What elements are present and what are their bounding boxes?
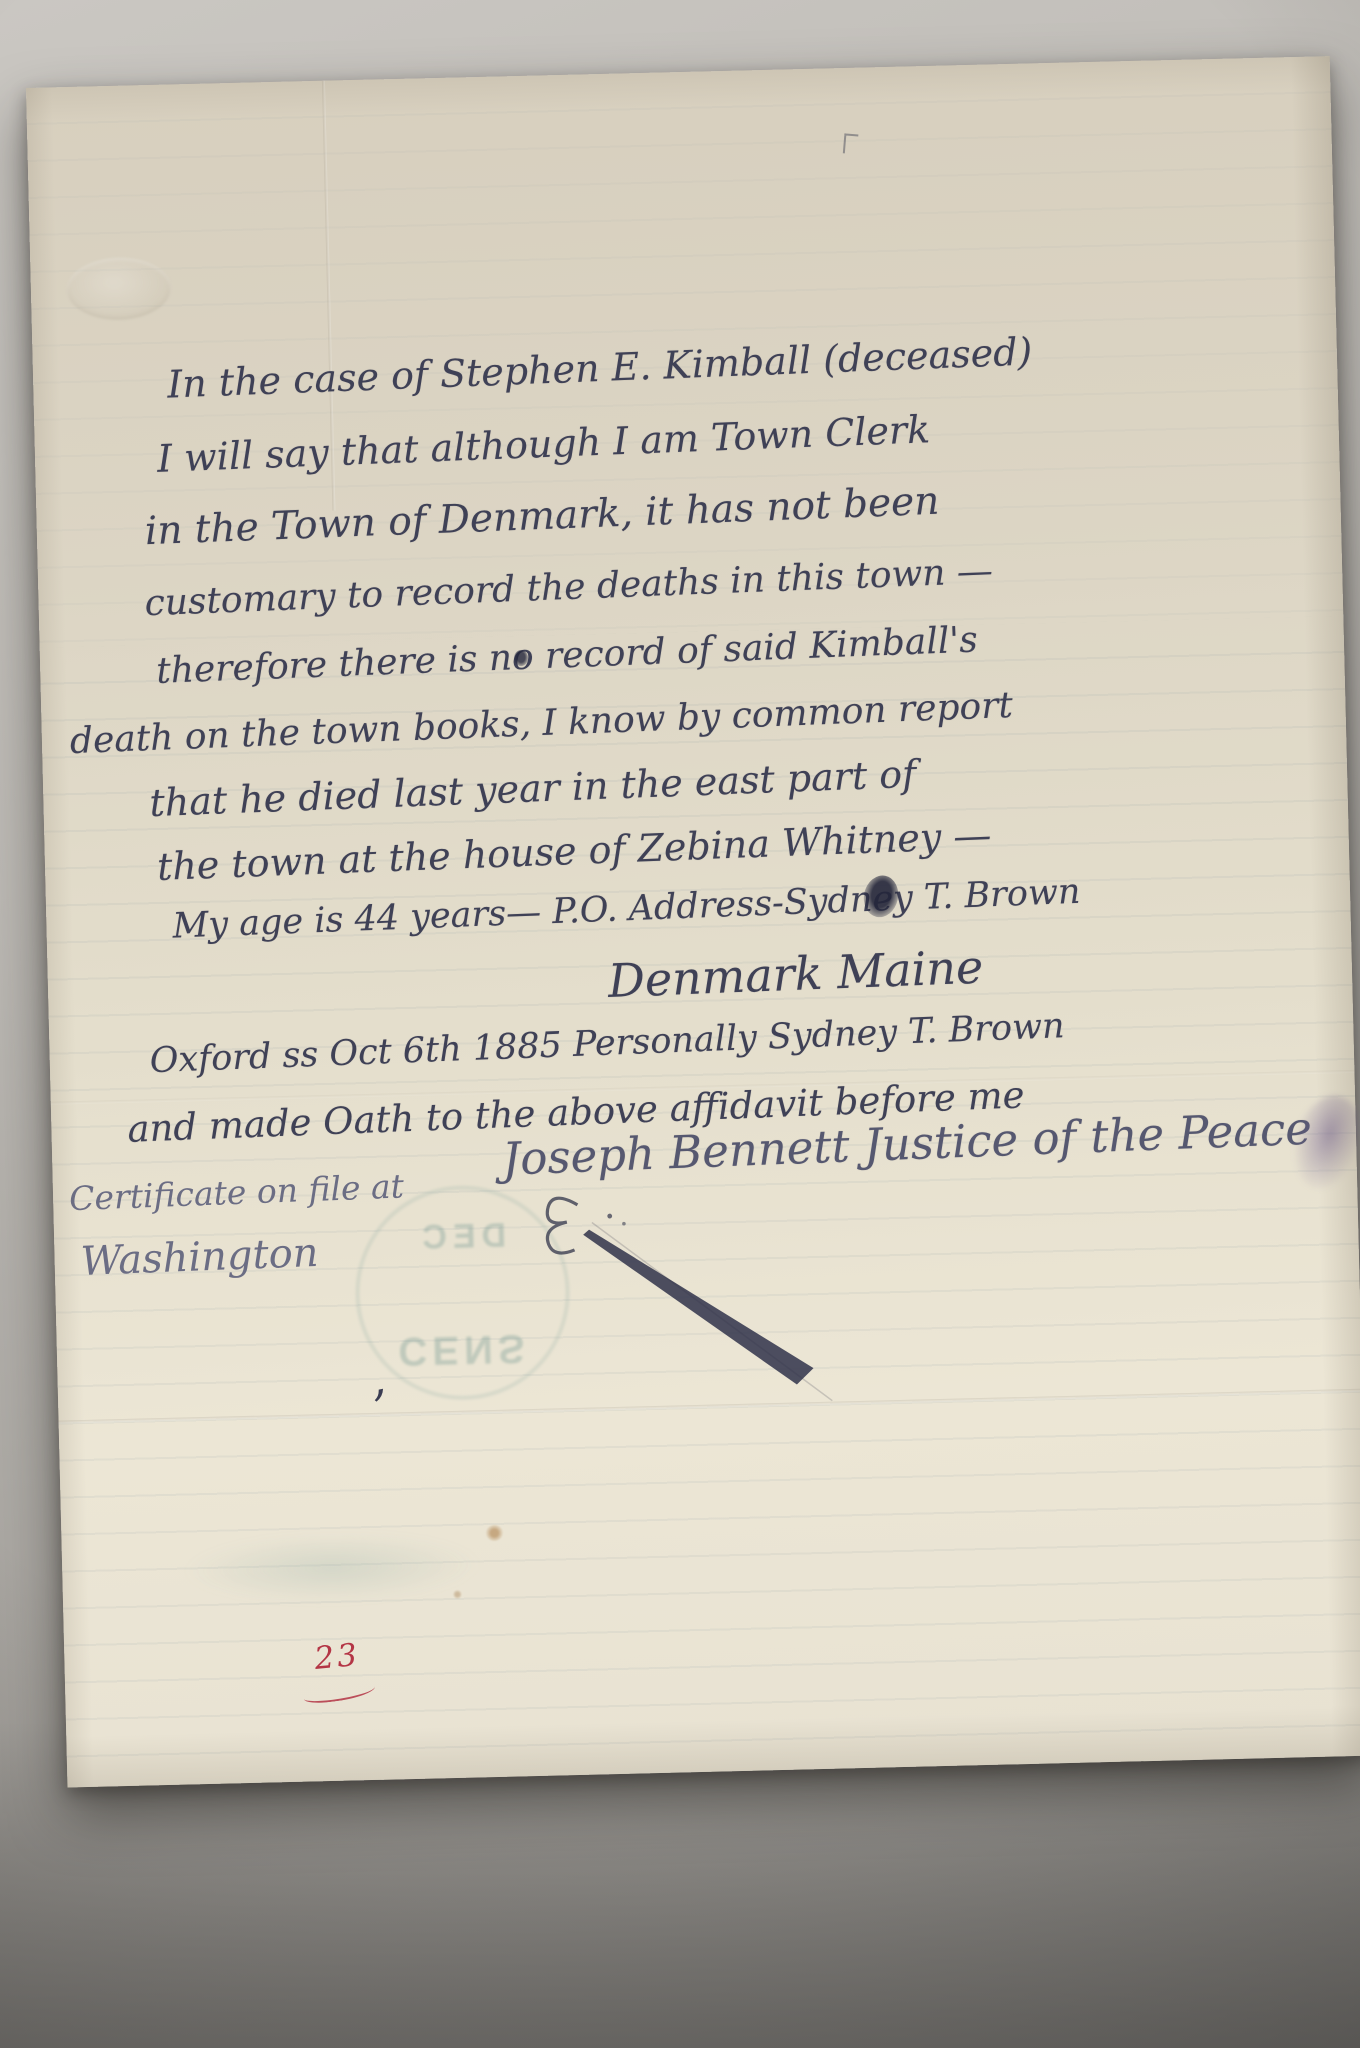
photo-backdrop: In the case of Stephen E. Kimball (decea… bbox=[0, 0, 1360, 2048]
bleed-through-mark bbox=[181, 1529, 483, 1606]
embossed-seal bbox=[66, 257, 171, 322]
stain-spot bbox=[485, 1525, 503, 1541]
page-number-underline bbox=[303, 1680, 376, 1705]
manuscript-line-4: customary to record the deaths in this t… bbox=[144, 551, 994, 625]
manuscript-line-6: death on the town books, I know by commo… bbox=[69, 685, 1013, 762]
manuscript-line-2: I will say that although I am Town Clerk bbox=[156, 407, 931, 481]
clerk-note-line-2: Washington bbox=[80, 1230, 319, 1285]
manuscript-line-3: in the Town of Denmark, it has not been bbox=[144, 479, 940, 554]
page-number-red: 23 bbox=[313, 1637, 362, 1677]
manuscript-line-5: therefore there is no record of said Kim… bbox=[156, 619, 979, 692]
stain-spot-small bbox=[453, 1590, 462, 1599]
manuscript-line-1: In the case of Stephen E. Kimball (decea… bbox=[166, 329, 1033, 406]
pen-flourish bbox=[492, 1157, 899, 1467]
manuscript-line-7: that he died last year in the east part … bbox=[149, 752, 917, 825]
manuscript-line-11: Oxford ss Oct 6th 1885 Personally Sydney… bbox=[149, 1006, 1065, 1081]
manuscript-line-8: the town at the house of Zebina Whitney … bbox=[156, 813, 992, 889]
document-paper: In the case of Stephen E. Kimball (decea… bbox=[26, 56, 1360, 1787]
manuscript-line-10: Denmark Maine bbox=[607, 940, 984, 1008]
corner-pen-mark bbox=[843, 133, 859, 154]
clerk-note-line: Certificate on file at bbox=[68, 1166, 404, 1218]
